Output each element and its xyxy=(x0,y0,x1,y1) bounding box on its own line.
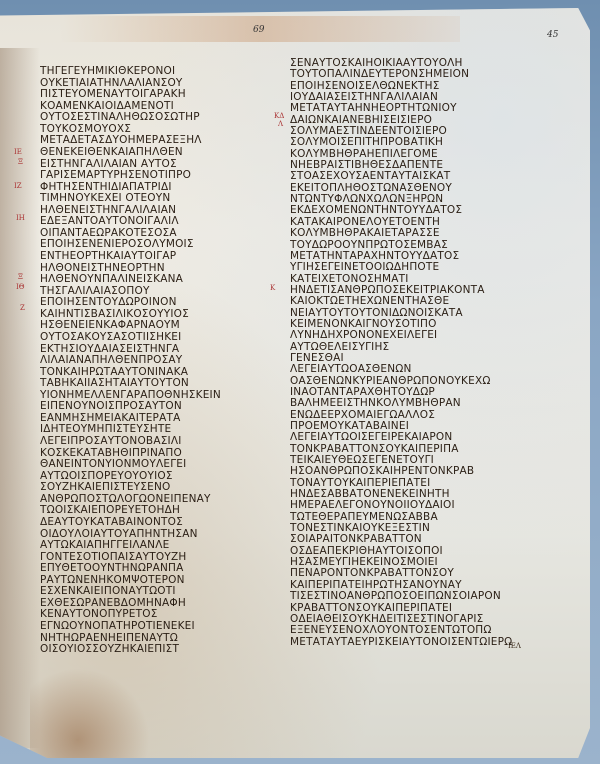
text-line: ΕΠΟΙΗΣΕΝΟΙΣΕΛΘΩΝΕΚΤΗΣ xyxy=(290,81,530,92)
right-text-column: ΣΕΝΑΥΤΟΣΚΑΙΗΟΙΚΙΑΑΥΤΟΥΟΛΗΤΟΥΤΟΠΑΛΙΝΔΕΥΤΕ… xyxy=(290,58,530,648)
text-line: ΕΚΔΕΧΟΜΕΝΩΝΤΗΝΤΟΥΥΔΑΤΟΣ xyxy=(290,205,530,216)
margin-note-left-4: ΙΗ xyxy=(16,214,25,222)
text-line: ΟΙΠΑΝΤΑΕΩΡΑΚΟΤΕΣΟΣΑ xyxy=(40,228,250,240)
text-line: ΚΕΙΜΕΝΟΝΚΑΙΓΝΟΥΣΟΤΙΠΟ xyxy=(290,319,530,330)
text-line: ΝΗΤΗΩΡΑΕΝΗΕΙΠΕΝΑΥΤΩ xyxy=(40,633,250,645)
text-line: ΙΝΑΟΤΑΝΤΑΡΑΧΘΗΤΟΥΔΩΡ xyxy=(290,387,530,398)
text-line: ΚΕΝΑΥΤΟΝΟΠΥΡΕΤΟΣ xyxy=(40,609,250,621)
folio-number-right: 45 xyxy=(547,30,558,40)
text-line: ΕΚΕΙΤΟΠΛΗΘΟΣΤΩΝΑΣΘΕΝΟΥ xyxy=(290,183,530,194)
text-line: ΛΕΓΕΙΠΡΟΣΑΥΤΟΝΟΒΑΣΙΛΙ xyxy=(40,436,250,448)
text-line: ΟΙΔΟΥΛΟΙΑΥΤΟΥΑΠΗΝΤΗΣΑΝ xyxy=(40,529,250,541)
text-line: ΚΟΛΥΜΒΗΘΡΑΚΑΙΕΤΑΡΑΣΣΕ xyxy=(290,228,530,239)
text-line: ΠΕΝΑΡΟΝΤΟΝΚΡΑΒΑΤΤΟΝΣΟΥ xyxy=(290,568,530,579)
text-line: ΣΟΙΑΡΑΙΤΟΝΚΡΑΒΑΤΤΟΝ xyxy=(290,534,530,545)
text-line: ΒΑΛΗΜΕΕΙΣΤΗΝΚΟΛΥΜΒΗΘΡΑΝ xyxy=(290,398,530,409)
text-line: ΤΟΝΕΣΤΙΝΚΑΙΟΥΚΕΞΕΣΤΙΝ xyxy=(290,523,530,534)
text-line: ΕΝΩΔΕΕΡΧΟΜΑΙΕΓΩΑΛΛΟΣ xyxy=(290,410,530,421)
text-line: ΤΩΤΕΘΕΡΑΠΕΥΜΕΝΩΣΑΒΒΑ xyxy=(290,512,530,523)
text-line: ΣΟΥΖΗΚΑΙΕΠΙΣΤΕΥΣΕΝΟ xyxy=(40,482,250,494)
text-line: ΛΕΓΕΙΑΥΤΩΟΑΣΘΕΝΩΝ xyxy=(290,364,530,375)
text-line: ΛΥΝΗΔΗΧΡΟΝΟΝΕΧΕΙΛΕΓΕΙ xyxy=(290,330,530,341)
text-line: ΕΠΟΙΗΣΕΝΕΝΙΕΡΟΣΟΛΥΜΟΙΣ xyxy=(40,239,250,251)
margin-note-left-3: ΙΖ xyxy=(14,182,22,190)
text-line: ΗΣΘΕΝΕΙΕΝΚΑΦΑΡΝΑΟΥΜ xyxy=(40,320,250,332)
bottom-corner-stain xyxy=(30,668,150,758)
text-line: ΜΕΤΑΤΗΝΤΑΡΑΧΗΝΤΟΥΥΔΑΤΟΣ xyxy=(290,251,530,262)
text-line: ΘΕΝΕΚΕΙΘΕΝΚΑΙΑΠΗΛΘΕΝ xyxy=(40,147,250,159)
text-line: ΛΕΓΕΙΑΥΤΩΟΙΣΕΓΕΙΡΕΚΑΙΑΡΟΝ xyxy=(290,432,530,443)
text-line: ΓΟΝΤΕΣΟΤΙΟΠΑΙΣΑΥΤΟΥΖΗ xyxy=(40,552,250,564)
text-line: ΕΓΝΩΟΥΝΟΠΑΤΗΡΟΤΙΕΝΕΚΕΙ xyxy=(40,621,250,633)
text-line: ΕΠΟΙΗΣΕΝΤΟΥΔΩΡΟΙΝΟΝ xyxy=(40,297,250,309)
margin-note-left-1: ΙΕ xyxy=(14,148,22,156)
text-line: ΙΟΥΔΑΙΑΣΕΙΣΤΗΝΓΑΛΙΛΑΙΑΝ xyxy=(290,92,530,103)
text-line: ΣΤΟΑΣΕΧΟΥΣΑΕΝΤΑΥΤΑΙΣΚΑΤ xyxy=(290,171,530,182)
text-line: ΟΑΣΘΕΝΩΝΚΥΡΙΕΑΝΘΡΩΠΟΝΟΥΚΕΧΩ xyxy=(290,376,530,387)
text-line: ΗΜΕΡΑΕΛΕΓΟΝΟΥΝΟΙΙΟΥΔΑΙΟΙ xyxy=(290,500,530,511)
text-line: ΥΓΙΗΣΕΓΕΙΝΕΤΟΟΙΩΔΗΠΟΤΕ xyxy=(290,262,530,273)
margin-note-left-7: Ζ xyxy=(20,304,25,312)
margin-note-right-2: Λ xyxy=(278,120,283,128)
text-line: ΕΧΘΕΣΩΡΑΝΕΒΔΟΜΗΝΑΦΗ xyxy=(40,598,250,610)
text-line: ΕΣΧΕΝΚΑΙΕΙΠΟΝΑΥΤΩΟΤΙ xyxy=(40,586,250,598)
text-line: ΤΟΝΚΑΙΗΡΩΤΑΑΥΤΟΝΙΝΑΚΑ xyxy=(40,367,250,379)
margin-note-left-6: ΙΘ xyxy=(16,283,25,291)
text-line: ΤΙΣΕΣΤΙΝΟΑΝΘΡΩΠΟΣΟΕΙΠΩΝΣΟΙΑΡΟΝ xyxy=(290,591,530,602)
text-line: ΟΙΣΟΥΙΟΣΣΟΥΖΗΚΑΙΕΠΙΣΤ xyxy=(40,644,250,656)
text-line: ΝΗΕΒΡΑΙΣΤΙΒΗΘΕΣΔΑΠΕΝΤΕ xyxy=(290,160,530,171)
text-line: ΟΔΕΙΑΘΕΙΣΟΥΚΗΔΕΙΤΙΣΕΣΤΙΝΟΓΑΡΙΣ xyxy=(290,614,530,625)
text-line: ΚΑΙΗΝΤΙΣΒΑΣΙΛΙΚΟΣΟΥΥΙΟΣ xyxy=(40,309,250,321)
text-line: ΕΔΕΞΑΝΤΟΑΥΤΟΝΟΙΓΑΛΙΛ xyxy=(40,216,250,228)
text-line: ΚΟΣΚΕΚΑΤΑΒΗΘΙΠΡΙΝΑΠΟ xyxy=(40,448,250,460)
text-line: ΤΕΙΚΑΙΕΥΘΕΩΣΕΓΕΝΕΤΟΥΓΙ xyxy=(290,455,530,466)
margin-note-right-1: ΚΔ xyxy=(274,112,284,120)
text-line: ΝΤΩΝΤΥΦΛΩΝΧΩΛΩΝΞΗΡΩΝ xyxy=(290,194,530,205)
text-line: ΤΟΥΚΟΣΜΟΥΟΧΣ xyxy=(40,124,250,136)
text-line: ΣΟΛΥΜΑΕΣΤΙΝΔΕΕΝΤΟΙΣΙΕΡΟ xyxy=(290,126,530,137)
margin-note-right-3: Κ xyxy=(270,284,275,292)
text-line: ΗΣΟΑΝΘΡΩΠΟΣΚΑΙΗΡΕΝΤΟΝΚΡΑΒ xyxy=(290,466,530,477)
left-text-column: ΤΗΓΕΓΕΥΗΜΙΚΙΘΚΕΡΟΝΟΙΟΥΚΕΤΙΑΙΑΤΗΝΛΑΛΙΑΝΣΟ… xyxy=(40,66,250,656)
text-line: ΑΥΤΩΘΕΛΕΙΣΥΓΙΗΣ xyxy=(290,342,530,353)
text-line: ΑΝΘΡΩΠΟΣΤΩΛΟΓΩΟΝΕΙΠΕΝΑΥ xyxy=(40,494,250,506)
text-line: ΗΣΑΣΜΕΥΓΙΗΕΚΕΙΝΟΣΜΟΙΕΙ xyxy=(290,557,530,568)
text-line: ΤΟΥΔΩΡΟΟΥΝΠΡΩΤΟΣΕΜΒΑΣ xyxy=(290,240,530,251)
text-line: ΘΑΝΕΙΝΤΟΝΥΙΟΝΜΟΥΛΕΓΕΙ xyxy=(40,459,250,471)
text-line: ΜΕΤΑΤΑΥΤΑΗΝΗΕΟΡΤΗΤΩΝΙΟΥ xyxy=(290,103,530,114)
text-line: ΔΑΙΩΝΚΑΙΑΝΕΒΗΙΣΕΙΣΙΕΡΟ xyxy=(290,115,530,126)
text-line: ΤΟΝΑΥΤΟΥΚΑΙΠΕΡΙΕΠΑΤΕΙ xyxy=(290,478,530,489)
text-line: ΗΛΘΟΝΕΙΣΤΗΝΕΟΡΤΗΝ xyxy=(40,263,250,275)
margin-note-left-5: Ξ xyxy=(18,273,23,281)
text-line: ΤΟΝΚΡΑΒΑΤΤΟΝΣΟΥΚΑΙΠΕΡΙΠΑ xyxy=(290,444,530,455)
text-line: ΟΣΔΕΑΠΕΚΡΙΘΗΑΥΤΟΙΣΟΠΟΙ xyxy=(290,546,530,557)
text-line: ΤΟΥΤΟΠΑΛΙΝΔΕΥΤΕΡΟΝΣΗΜΕΙΟΝ xyxy=(290,69,530,80)
text-line: ΗΛΘΕΝΕΙΣΤΗΝΓΑΛΙΛΑΙΑΝ xyxy=(40,205,250,217)
text-line: ΚΟΛΥΜΒΗΘΡΑΗΕΠΙΛΕΓΟΜΕ xyxy=(290,149,530,160)
text-line: ΓΑΡΙΣΕΜΑΡΤΥΡΗΣΕΝΟΤΙΠΡΟ xyxy=(40,170,250,182)
text-line: ΣΟΛΥΜΟΙΣΕΠΙΤΗΠΡΟΒΑΤΙΚΗ xyxy=(290,137,530,148)
text-line: ΤΩΟΙΣΚΑΙΕΠΟΡΕΥΕΤΟΗΔΗ xyxy=(40,505,250,517)
text-line: ΟΥΤΟΣΕΣΤΙΝΑΛΗΘΩΣΟΣΩΤΗΡ xyxy=(40,112,250,124)
text-line: ΚΑΙΠΕΡΙΠΑΤΕΙΗΡΩΤΗΣΑΝΟΥΝΑΥ xyxy=(290,580,530,591)
text-line: ΡΑΥΤΩΝΕΝΗΚΟΜΨΟΤΕΡΟΝ xyxy=(40,575,250,587)
text-line: ΤΗΣΓΑΛΙΛΑΙΑΣΟΠΟΥ xyxy=(40,286,250,298)
text-line: ΕΙΣΤΗΝΓΑΛΙΛΑΙΑΝ ΑΥΤΟΣ xyxy=(40,159,250,171)
text-line: ΦΗΤΗΣΕΝΤΗΙΔΙΑΠΑΤΡΙΔΙ xyxy=(40,182,250,194)
text-line: ΟΥΤΟΣΑΚΟΥΣΑΣΟΤΙΙΣΗΚΕΙ xyxy=(40,332,250,344)
text-line: ΥΙΟΝΗΜΕΛΛΕΝΓΑΡΑΠΟΘΝΗΣΚΕΙΝ xyxy=(40,390,250,402)
text-line: ΤΑΒΗΚΑΙΙΑΣΗΤΑΙΑΥΤΟΥΤΟΝ xyxy=(40,378,250,390)
text-line: ΟΥΚΕΤΙΑΙΑΤΗΝΛΑΛΙΑΝΣΟΥ xyxy=(40,78,250,90)
text-line: ΚΡΑΒΑΤΤΟΝΣΟΥΚΑΙΠΕΡΙΠΑΤΕΙ xyxy=(290,603,530,614)
text-line: ΕΙΠΕΝΟΥΝΟΙΣΠΡΟΣΑΥΤΟΝ xyxy=(40,401,250,413)
text-line: ΙΔΗΤΕΟΥΜΗΠΙΣΤΕΥΣΗΤΕ xyxy=(40,424,250,436)
folio-number-center: 69 xyxy=(253,25,264,35)
text-line: ΣΕΝΑΥΤΟΣΚΑΙΗΟΙΚΙΑΑΥΤΟΥΟΛΗ xyxy=(290,58,530,69)
text-line: ΕΝΤΗΕΟΡΤΗΚΑΙΑΥΤΟΙΓΑΡ xyxy=(40,251,250,263)
text-line: ΕΚΤΗΣΙΟΥΔΑΙΑΣΕΙΣΤΗΝΓΑ xyxy=(40,344,250,356)
text-line: ΗΛΘΕΝΟΥΝΠΑΛΙΝΕΙΣΚΑΝΑ xyxy=(40,274,250,286)
text-line: ΚΑΤΕΙΧΕΤΟΝΟΣΗΜΑΤΙ xyxy=(290,274,530,285)
text-line: ΓΕΝΕΣΘΑΙ xyxy=(290,353,530,364)
text-line: ΕΑΝΜΗΣΗΜΕΙΑΚΑΙΤΕΡΑΤΑ xyxy=(40,413,250,425)
manuscript-page: 69 45 ΙΕ Ξ ΙΖ ΙΗ Ξ ΙΘ Ζ ΚΔ Λ Κ ΙΕΛ ΤΗΓΕΓ… xyxy=(0,8,590,758)
text-line: ΠΡΟΕΜΟΥΚΑΤΑΒΑΙΝΕΙ xyxy=(290,421,530,432)
text-line: ΠΙΣΤΕΥΟΜΕΝΑΥΤΟΙΓΑΡΑΚΗ xyxy=(40,89,250,101)
text-line: ΜΕΤΑΔΕΤΑΣΔΥΟΗΜΕΡΑΣΕΞΗΛ xyxy=(40,135,250,147)
text-line: ΤΙΜΗΝΟΥΚΕΧΕΙ ΟΤΕΟΥΝ xyxy=(40,193,250,205)
margin-note-left-2: Ξ xyxy=(18,158,23,166)
text-line: ΜΕΤΑΤΑΥΤΑΕΥΡΙΣΚΕΙΑΥΤΟΝΟΙΣΕΝΤΩΙΕΡΩ xyxy=(290,637,530,648)
text-line: ΛΙΛΑΙΑΝΑΠΗΛΘΕΝΠΡΟΣΑΥ xyxy=(40,355,250,367)
text-line: ΝΕΙΑΥΤΟΥΤΟΥΤΟΝΙΔΩΝΟΙΣΚΑΤΑ xyxy=(290,308,530,319)
text-line: ΚΑΤΑΚΑΙΡΟΝΕΛΟΥΕΤΟΕΝΤΗ xyxy=(290,217,530,228)
text-line: ΗΝΔΕΤΙΣΑΝΘΡΩΠΟΣΕΚΕΙΤΡΙΑΚΟΝΤΑ xyxy=(290,285,530,296)
text-line: ΕΞΕΝΕΥΣΕΝΟΧΛΟΥΟΝΤΟΣΕΝΤΩΤΟΠΩ xyxy=(290,625,530,636)
text-line: ΚΟΑΜΕΝΚΑΙΟΙΔΑΜΕΝΟΤΙ xyxy=(40,101,250,113)
text-line: ΑΥΤΩΚΑΙΑΠΗΓΓΕΙΛΑΝΛΕ xyxy=(40,540,250,552)
text-line: ΑΥΤΩΟΙΣΠΟΡΕΥΟΥΟΥΙΟΣ xyxy=(40,471,250,483)
text-line: ΤΗΓΕΓΕΥΗΜΙΚΙΘΚΕΡΟΝΟΙ xyxy=(40,66,250,78)
text-line: ΕΠΥΘΕΤΟΟΥΝΤΗΝΩΡΑΝΠΑ xyxy=(40,563,250,575)
text-line: ΚΑΙΟΚΤΩΕΤΗΕΧΩΝΕΝΤΗΑΣΘΕ xyxy=(290,296,530,307)
text-line: ΗΝΔΕΣΑΒΒΑΤΟΝΕΝΕΚΕΙΝΗΤΗ xyxy=(290,489,530,500)
text-line: ΔΕΑΥΤΟΥΚΑΤΑΒΑΙΝΟΝΤΟΣ xyxy=(40,517,250,529)
